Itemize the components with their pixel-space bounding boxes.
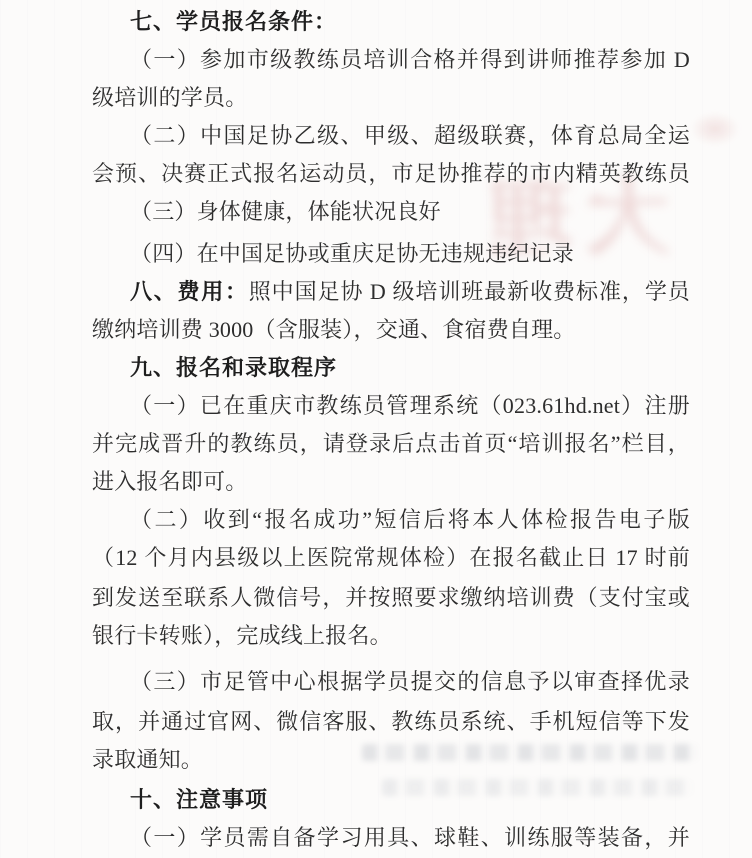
text-line: 八、费用：照中国足协 D 级培训班最新收费标准，学员	[92, 273, 690, 311]
text-line: 录取通知。	[92, 741, 690, 779]
text-line: 到发送至联系人微信号，并按照要求缴纳培训费（支付宝或	[92, 579, 690, 617]
text-line: 取，并通过官网、微信客服、教练员系统、手机短信等下发	[92, 703, 690, 741]
document-page: 七、学员报名条件：（一）参加市级教练员培训合格并得到讲师推荐参加 D级培训的学员…	[0, 0, 752, 858]
text-line: （三）身体健康，体能状况良好	[92, 193, 690, 231]
section-heading: 七、学员报名条件：	[92, 3, 690, 41]
text-line: 缴纳培训费 3000（含服装），交通、食宿费自理。	[92, 311, 690, 349]
text-line: 会预、决赛正式报名运动员，市足协推荐的市内精英教练员	[92, 155, 690, 193]
text-line: 级培训的学员。	[92, 79, 690, 117]
text-line: （二）中国足协乙级、甲级、超级联赛，体育总局全运	[92, 117, 690, 155]
text-line: （三）市足管中心根据学员提交的信息予以审查择优录	[92, 663, 690, 701]
text-line-rest: 照中国足协 D 级培训班最新收费标准，学员	[249, 279, 690, 304]
text-line: 进入报名即可。	[92, 463, 690, 501]
text-line: （一）学员需自备学习用具、球鞋、训练服等装备，并	[92, 819, 690, 857]
document-body: 七、学员报名条件：（一）参加市级教练员培训合格并得到讲师推荐参加 D级培训的学员…	[92, 3, 690, 857]
section-heading-inline: 八、费用：	[130, 279, 249, 304]
text-line: 银行卡转账），完成线上报名。	[92, 617, 690, 655]
text-line: 并完成晋升的教练员，请登录后点击首页“培训报名”栏目，	[92, 425, 690, 463]
text-line: （一）已在重庆市教练员管理系统（023.61hd.net）注册	[92, 387, 690, 425]
section-heading: 十、注意事项	[92, 781, 690, 819]
text-line: （一）参加市级教练员培训合格并得到讲师推荐参加 D	[92, 41, 690, 79]
text-line: （四）在中国足协或重庆足协无违规违纪记录	[92, 235, 690, 273]
section-heading: 九、报名和录取程序	[92, 349, 690, 387]
text-line: （12 个月内县级以上医院常规体检）在报名截止日 17 时前	[92, 539, 690, 577]
text-line: （二）收到“报名成功”短信后将本人体检报告电子版	[92, 501, 690, 539]
